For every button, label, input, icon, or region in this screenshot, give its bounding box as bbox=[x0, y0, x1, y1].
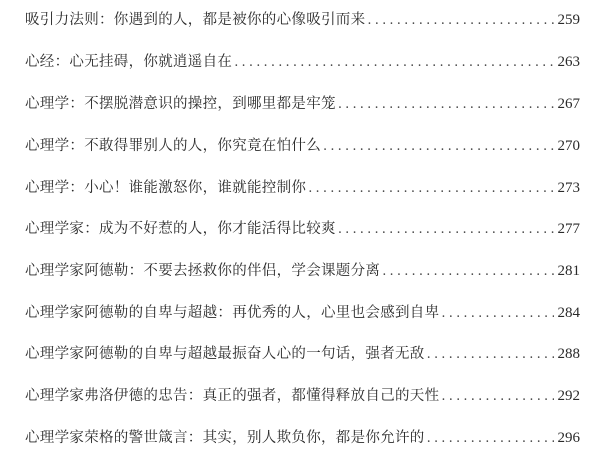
toc-entry[interactable]: 心经：心无挂碍，你就逍遥自在 263 bbox=[25, 50, 580, 74]
dot-leader bbox=[441, 302, 553, 326]
toc-entry[interactable]: 心理学：小心！谁能激怒你，谁就能控制你 273 bbox=[25, 176, 580, 200]
toc-entry-page: 292 bbox=[558, 384, 581, 408]
dot-leader bbox=[427, 343, 554, 367]
dot-leader bbox=[367, 9, 553, 33]
toc-entry-title: 心理学家阿德勒的自卑与超越最振奋人心的一句话，强者无敌 bbox=[25, 342, 425, 366]
toc-entry-title: 心理学家：成为不好惹的人，你才能活得比较爽 bbox=[25, 217, 336, 241]
toc-entry-page: 288 bbox=[558, 342, 581, 366]
toc-entry-title: 心理学家弗洛伊德的忠告：真正的强者，都懂得释放自己的天性 bbox=[25, 384, 439, 408]
dot-leader bbox=[427, 427, 554, 451]
toc-entry[interactable]: 心理学家阿德勒：不要去拯救你的伴侣，学会课题分离 281 bbox=[25, 259, 580, 283]
toc-entry-title: 心理学：不摆脱潜意识的操控，到哪里都是牢笼 bbox=[25, 92, 336, 116]
dot-leader bbox=[323, 135, 554, 159]
toc-entry[interactable]: 心理学家弗洛伊德的忠告：真正的强者，都懂得释放自己的天性 292 bbox=[25, 384, 580, 408]
toc-entry-page: 296 bbox=[558, 426, 581, 450]
toc-entry-title: 心理学：不敢得罪别人的人，你究竟在怕什么 bbox=[25, 134, 321, 158]
dot-leader bbox=[308, 177, 553, 201]
dot-leader bbox=[234, 51, 553, 75]
toc-entry[interactable]: 心理学家阿德勒的自卑与超越最振奋人心的一句话，强者无敌 288 bbox=[25, 342, 580, 366]
dot-leader bbox=[338, 218, 554, 242]
toc-entry[interactable]: 心理学家荣格的警世箴言：其实，别人欺负你，都是你允许的 296 bbox=[25, 426, 580, 450]
toc-entry[interactable]: 吸引力法则：你遇到的人，都是被你的心像吸引而来 259 bbox=[25, 8, 580, 32]
toc-entry[interactable]: 心理学：不摆脱潜意识的操控，到哪里都是牢笼 267 bbox=[25, 92, 580, 116]
toc-entry-page: 263 bbox=[558, 50, 581, 74]
toc-entry-page: 270 bbox=[558, 134, 581, 158]
dot-leader bbox=[382, 260, 553, 284]
toc-entry[interactable]: 心理学家阿德勒的自卑与超越：再优秀的人，心里也会感到自卑 284 bbox=[25, 301, 580, 325]
dot-leader bbox=[441, 385, 553, 409]
toc-entry-title: 心经：心无挂碍，你就逍遥自在 bbox=[25, 50, 232, 74]
toc-entry-page: 281 bbox=[558, 259, 581, 283]
toc-entry-page: 284 bbox=[558, 301, 581, 325]
toc-entry-page: 259 bbox=[558, 8, 581, 32]
toc-entry[interactable]: 心理学家：成为不好惹的人，你才能活得比较爽 277 bbox=[25, 217, 580, 241]
toc-entry-title: 心理学家阿德勒的自卑与超越：再优秀的人，心里也会感到自卑 bbox=[25, 301, 439, 325]
toc-entry-title: 心理学家荣格的警世箴言：其实，别人欺负你，都是你允许的 bbox=[25, 426, 425, 450]
toc-entry-title: 心理学：小心！谁能激怒你，谁就能控制你 bbox=[25, 176, 306, 200]
toc-entry-page: 277 bbox=[558, 217, 581, 241]
toc-entry[interactable]: 心理学：不敢得罪别人的人，你究竟在怕什么 270 bbox=[25, 134, 580, 158]
toc-entry-page: 267 bbox=[558, 92, 581, 116]
toc-entry-page: 273 bbox=[558, 176, 581, 200]
dot-leader bbox=[338, 93, 554, 117]
toc-entry-title: 吸引力法则：你遇到的人，都是被你的心像吸引而来 bbox=[25, 8, 365, 32]
toc-entry-title: 心理学家阿德勒：不要去拯救你的伴侣，学会课题分离 bbox=[25, 259, 380, 283]
